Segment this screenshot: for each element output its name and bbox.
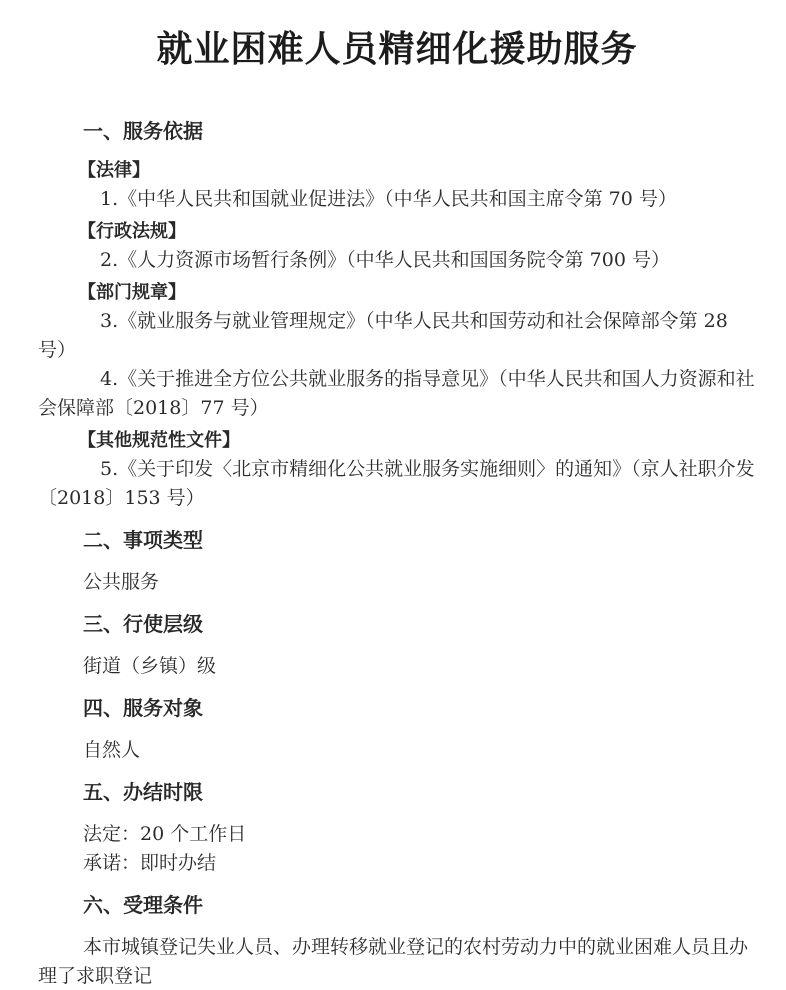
document-page: 就业困难人员精细化援助服务 一、服务依据 【法律】 1.《中华人民共和国就业促进… — [0, 0, 786, 990]
promised-time-limit: 承诺：即时办结 — [38, 849, 756, 878]
acceptance-condition-text: 本市城镇登记失业人员、办理转移就业登记的农村劳动力中的就业困难人员且办理了求职登… — [38, 933, 756, 990]
legal-basis-item: 3.《就业服务与就业管理规定》（中华人民共和国劳动和社会保障部令第 28 号） — [38, 307, 756, 365]
heading-service-target: 四、服务对象 — [38, 695, 756, 721]
page-title: 就业困难人员精细化援助服务 — [38, 28, 756, 70]
legal-basis-item: 2.《人力资源市场暂行条例》（中华人民共和国国务院令第 700 号） — [38, 246, 756, 275]
legal-basis-item: 1.《中华人民共和国就业促进法》（中华人民共和国主席令第 70 号） — [38, 185, 756, 214]
exercise-level-value: 街道（乡镇）级 — [38, 652, 756, 681]
label-other-normative-documents: 【其他规范性文件】 — [38, 426, 756, 455]
legal-basis-item: 5.《关于印发〈北京市精细化公共就业服务实施细则〉的通知》（京人社职介发〔201… — [38, 455, 756, 513]
heading-acceptance-conditions: 六、受理条件 — [38, 892, 756, 918]
label-administrative-regulations: 【行政法规】 — [38, 217, 756, 246]
legal-basis-item: 4.《关于推进全方位公共就业服务的指导意见》（中华人民共和国人力资源和社会保障部… — [38, 365, 756, 423]
label-law: 【法律】 — [38, 156, 756, 185]
heading-exercise-level: 三、行使层级 — [38, 611, 756, 637]
heading-service-basis: 一、服务依据 — [38, 118, 756, 144]
heading-completion-time-limit: 五、办结时限 — [38, 779, 756, 805]
item-type-value: 公共服务 — [38, 568, 756, 597]
service-target-value: 自然人 — [38, 736, 756, 765]
heading-item-type: 二、事项类型 — [38, 527, 756, 553]
label-department-rules: 【部门规章】 — [38, 278, 756, 307]
statutory-time-limit: 法定：20 个工作日 — [38, 820, 756, 849]
